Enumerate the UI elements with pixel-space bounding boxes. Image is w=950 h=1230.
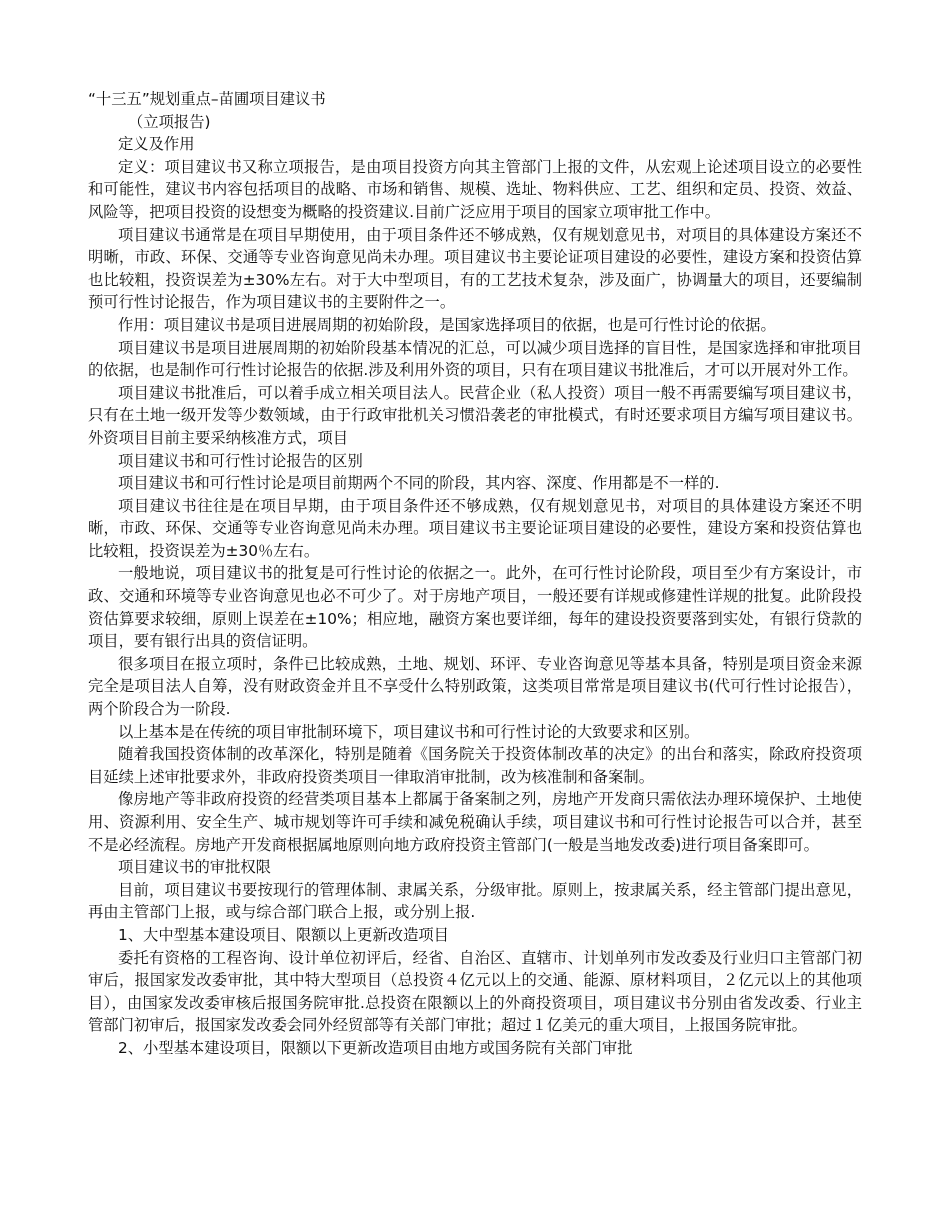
paragraph: 目前，项目建议书要按现行的管理体制、隶属关系，分级审批。原则上，按隶属关系，经主…	[88, 879, 862, 924]
list-item-heading: 2、小型基本建设项目，限额以下更新改造项目由地方或国务院有关部门审批	[88, 1037, 862, 1060]
section-heading-difference: 项目建议书和可行性讨论报告的区别	[88, 450, 862, 473]
paragraph: 项目建议书是项目进展周期的初始阶段基本情况的汇总，可以减少项目选择的盲目性，是国…	[88, 337, 862, 382]
paragraph: 像房地产等非政府投资的经营类项目基本上都属于备案制之列，房地产开发商只需依法办理…	[88, 788, 862, 856]
paragraph: 以上基本是在传统的项目审批制环境下，项目建议书和可行性讨论的大致要求和区别。	[88, 721, 862, 744]
document-subtitle: （立项报告)	[88, 111, 862, 134]
paragraph: 项目建议书通常是在项目早期使用，由于项目条件还不够成熟，仅有规划意见书，对项目的…	[88, 224, 862, 314]
paragraph: 委托有资格的工程咨询、设计单位初评后，经省、自治区、直辖市、计划单列市发改委及行…	[88, 947, 862, 1037]
paragraph: 作用：项目建议书是项目进展周期的初始阶段，是国家选择项目的依据，也是可行性讨论的…	[88, 314, 862, 337]
paragraph: 定义：项目建议书又称立项报告，是由项目投资方向其主管部门上报的文件，从宏观上论述…	[88, 156, 862, 224]
paragraph: 项目建议书往往是在项目早期，由于项目条件还不够成熟，仅有规划意见书，对项目的具体…	[88, 495, 862, 563]
paragraph: 项目建议书批准后，可以着手成立相关项目法人。民营企业（私人投资）项目一般不再需要…	[88, 382, 862, 450]
paragraph: 很多项目在报立项时，条件已比较成熟，土地、规划、环评、专业咨询意见等基本具备，特…	[88, 653, 862, 721]
paragraph: 随着我国投资体制的改革深化，特别是随着《国务院关于投资体制改革的决定》的出台和落…	[88, 743, 862, 788]
section-heading-definition: 定义及作用	[88, 133, 862, 156]
list-item-heading: 1、大中型基本建设项目、限额以上更新改造项目	[88, 924, 862, 947]
paragraph: 一般地说，项目建议书的批复是可行性讨论的依据之一。此外，在可行性讨论阶段，项目至…	[88, 562, 862, 652]
section-heading-approval: 项目建议书的审批权限	[88, 856, 862, 879]
paragraph: 项目建议书和可行性讨论是项目前期两个不同的阶段，其内容、深度、作用都是不一样的.	[88, 472, 862, 495]
document-page: “十三五”规划重点–苗圃项目建议书 （立项报告) 定义及作用 定义：项目建议书又…	[88, 88, 862, 1060]
document-title: “十三五”规划重点–苗圃项目建议书	[88, 88, 862, 111]
